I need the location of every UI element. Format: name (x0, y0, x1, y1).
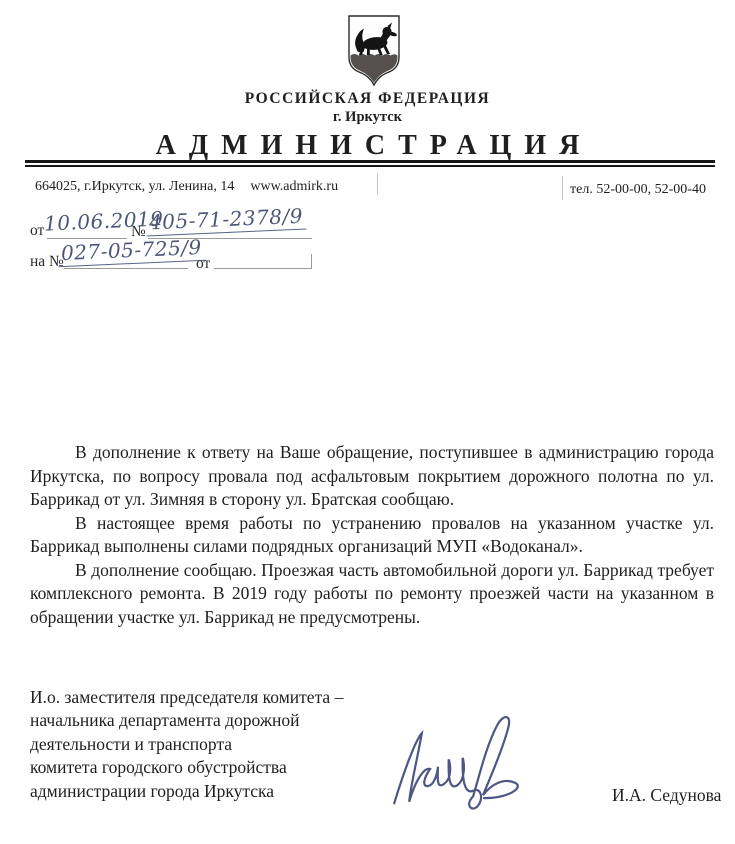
ref-from-label: от (30, 222, 44, 240)
letterhead-phone: тел. 52-00-00, 52-00-40 (570, 182, 706, 198)
signer-position-line: комитета городского обустройства (30, 756, 410, 779)
letterhead-divider-rule (25, 160, 715, 167)
website-text: www.admirk.ru (250, 179, 338, 194)
body-paragraph: В дополнение к ответу на Ваше обращение,… (30, 441, 714, 512)
form-divider-line (377, 173, 378, 195)
signer-position-line: И.о. заместителя председателя комитета – (30, 686, 410, 709)
ref-reply-date-underline (214, 254, 312, 269)
signer-position-block: И.о. заместителя председателя комитета –… (30, 686, 410, 803)
signer-position-line: начальника департамента дорожной (30, 709, 410, 732)
scanned-letter-page: РОССИЙСКАЯ ФЕДЕРАЦИЯ г. Иркутск АДМИНИСТ… (0, 0, 735, 844)
handwritten-signature-icon (381, 703, 537, 830)
signer-name: И.А. Седунова (612, 785, 721, 806)
body-paragraph: В настоящее время работы по устранению п… (30, 512, 714, 559)
letterhead-city: г. Иркутск (0, 109, 735, 126)
irkutsk-babr-coat-of-arms-icon (344, 13, 404, 89)
postal-address: 664025, г.Иркутск, ул. Ленина, 14 (35, 179, 234, 194)
body-paragraph: В дополнение сообщаю. Проезжая часть авт… (30, 559, 714, 630)
letterhead-country: РОССИЙСКАЯ ФЕДЕРАЦИЯ (0, 90, 735, 108)
letterhead-organization-title: АДМИНИСТРАЦИЯ (0, 130, 735, 162)
letterhead-address: 664025, г.Иркутск, ул. Ленина, 14www.adm… (35, 179, 338, 195)
signer-position-line: деятельности и транспорта (30, 733, 410, 756)
letter-body: В дополнение к ответу на Ваше обращение,… (30, 441, 714, 629)
signer-position-line: администрации города Иркутска (30, 780, 410, 803)
ref-reply-from-label: от (196, 255, 210, 273)
form-divider-line (562, 176, 563, 200)
